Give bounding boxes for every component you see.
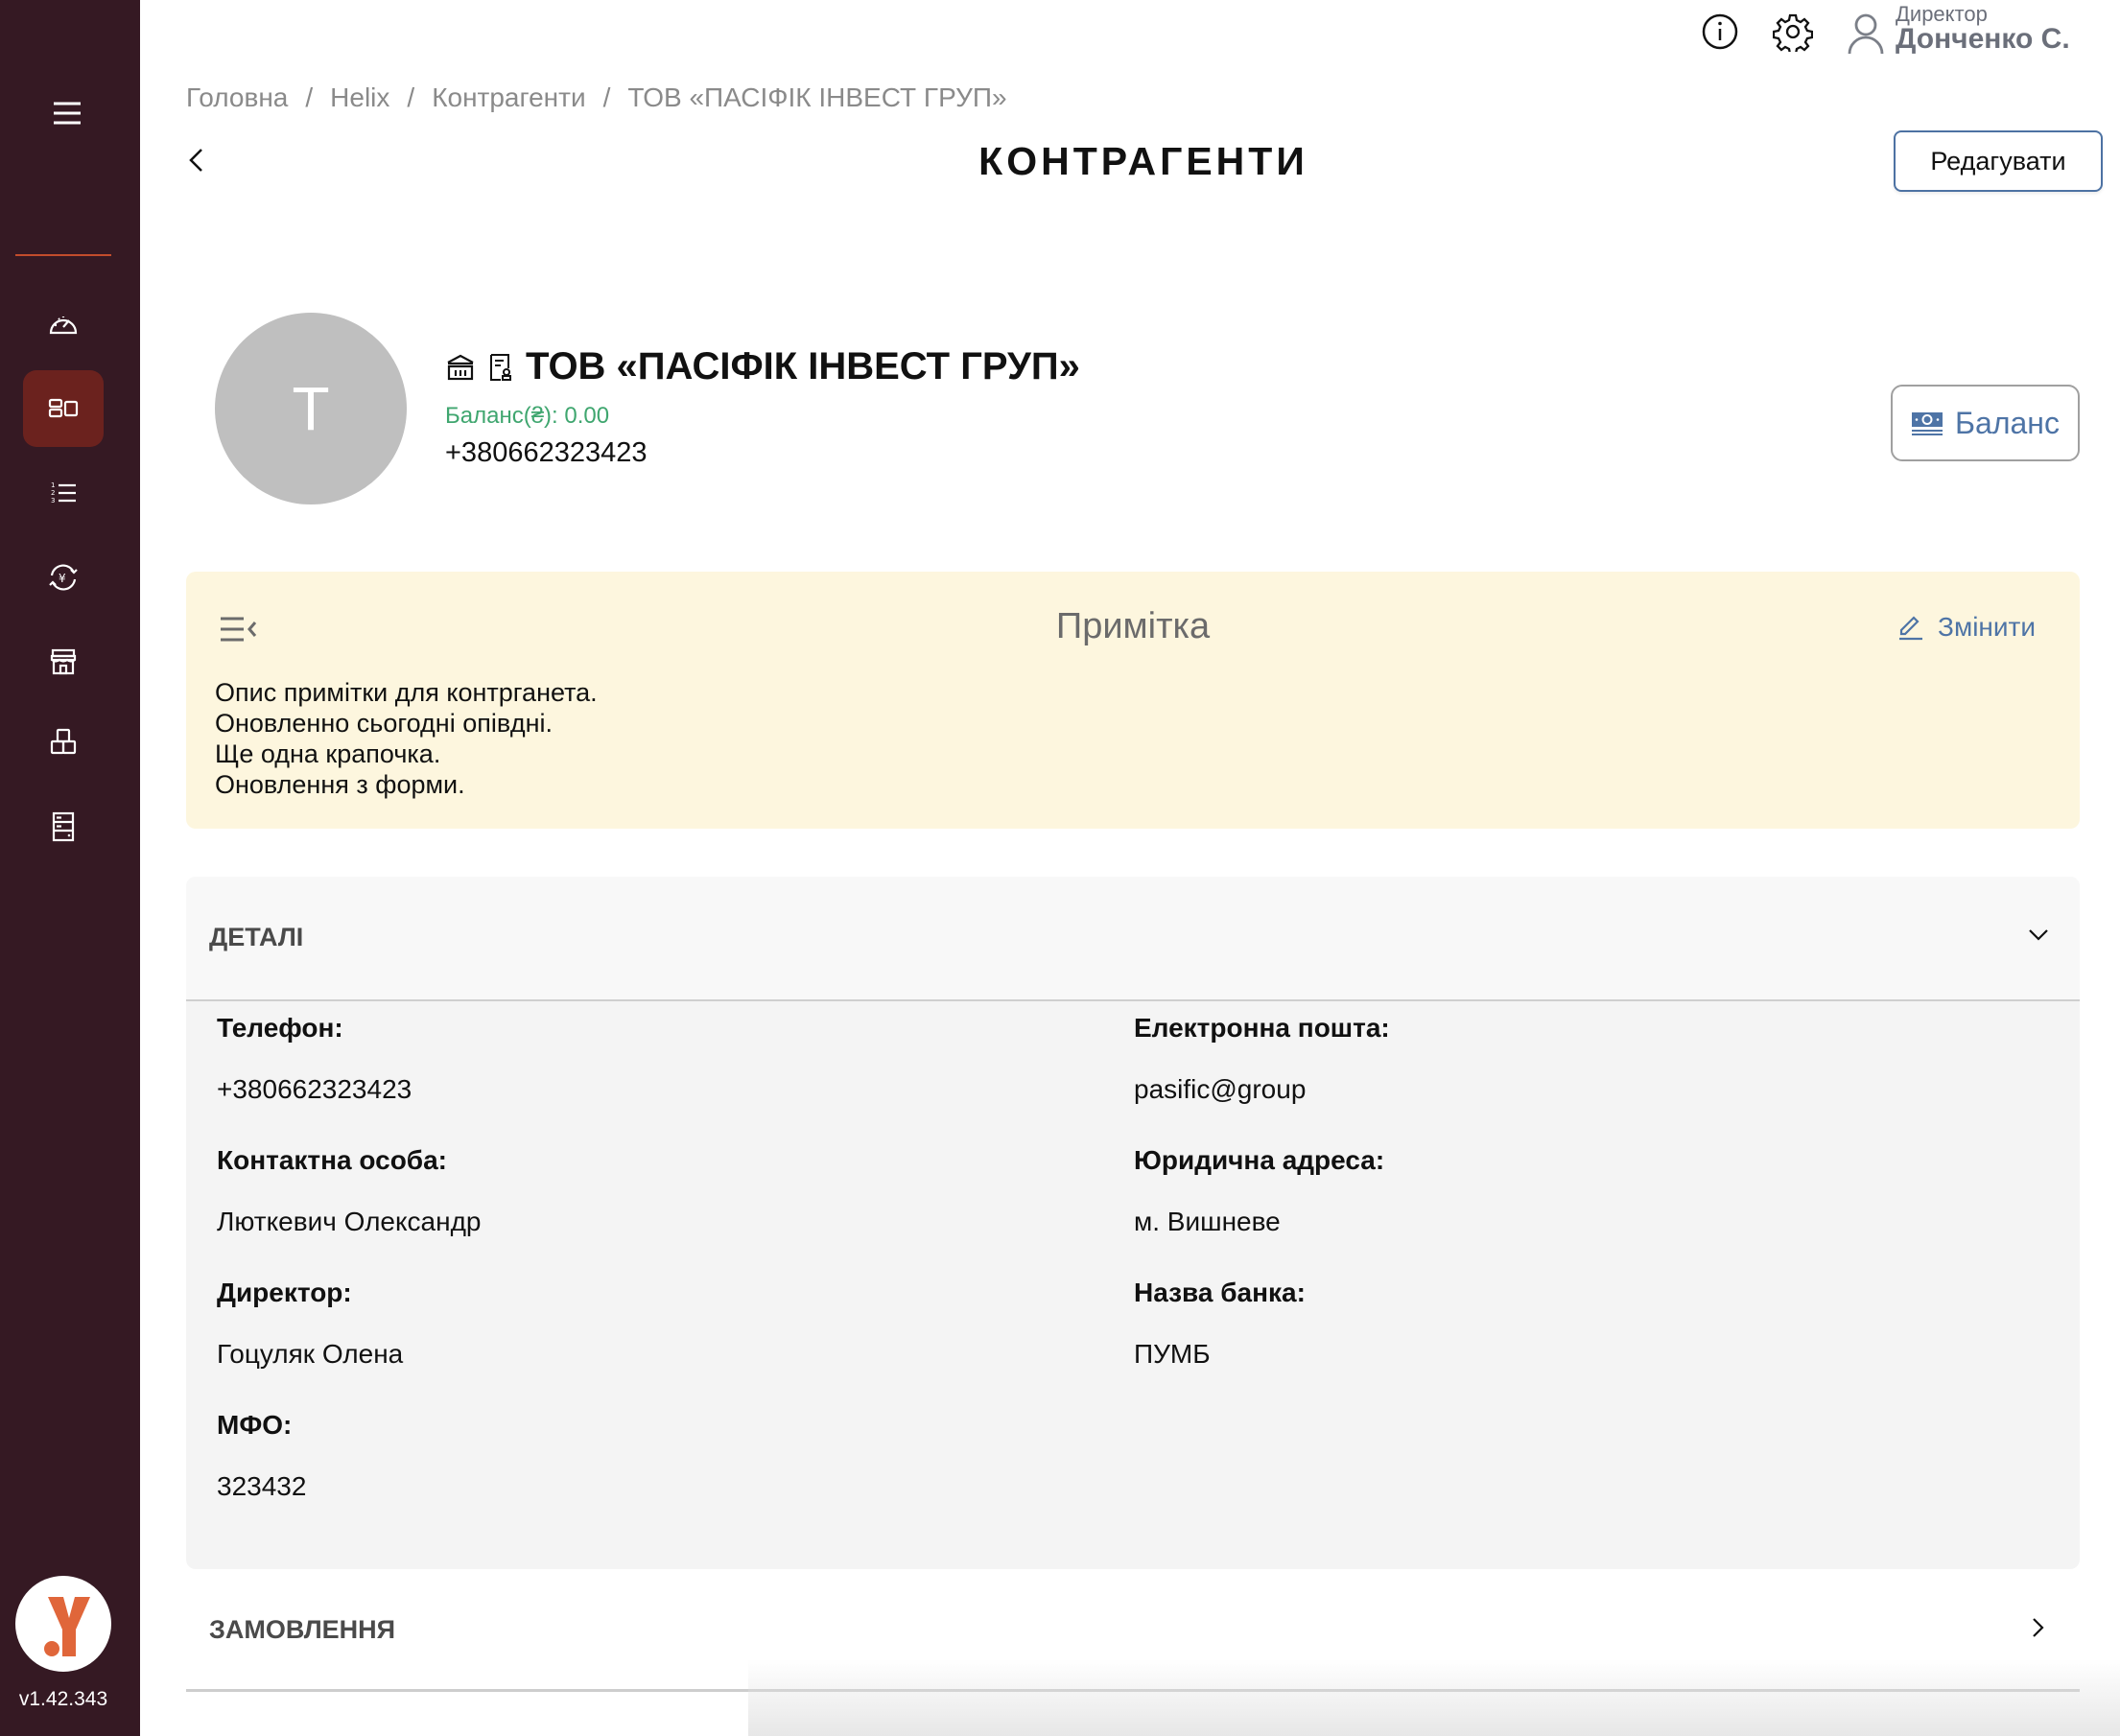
note-body: Опис примітки для контрганета. Оновленно… [215,677,598,800]
field-director: Директор: Гоцуляк Олена [217,1278,403,1370]
layout-blocks-icon [47,392,80,425]
app-version: v1.42.343 [0,1688,127,1711]
contract-icon [485,352,516,383]
breadcrumb-current: ТОВ «ПАСІФІК ІНВЕСТ ГРУП» [627,82,1006,112]
svg-text:1: 1 [51,481,55,489]
money-icon [1911,410,1943,436]
speedometer-icon [47,308,80,340]
field-email: Електронна пошта: pasific@group [1134,1013,1390,1105]
field-bank-name: Назва банка: ПУМБ [1134,1278,1306,1370]
note-title: Примітка [186,606,2080,647]
note-line: Ще одна крапочка. [215,739,598,769]
note-line: Оновленно сьогодні опівдні. [215,708,598,739]
avatar: Т [215,313,407,504]
page-title: КОНТРАГЕНТИ [0,139,2120,184]
breadcrumb-helix[interactable]: Helix [330,82,389,112]
details-toggle[interactable]: ДЕТАЛІ [186,877,2080,1001]
note-line: Опис примітки для контрганета. [215,677,598,708]
hamburger-icon[interactable] [48,96,86,130]
user-name: Донченко С. [1896,23,2070,56]
svg-text:3: 3 [51,497,55,504]
breadcrumb-home[interactable]: Головна [186,82,288,112]
file-cabinet-icon [47,810,80,843]
sidebar-divider [15,254,111,256]
orders-toggle[interactable]: ЗАМОВЛЕННЯ [186,1586,2080,1692]
field-mfo: МФО: 323432 [217,1410,306,1502]
app-logo[interactable] [15,1576,111,1672]
sidebar: 123 ¥ v1.42.343 [0,0,140,1736]
sidebar-item-cabinet[interactable] [23,788,104,865]
company-header: ТОВ «ПАСІФІК ІНВЕСТ ГРУП» [445,345,1080,388]
info-icon[interactable] [1700,12,1740,52]
balance-button-label: Баланс [1955,406,2060,441]
sidebar-item-counterparties[interactable] [23,370,104,447]
user-menu[interactable]: Директор Донченко С. [1846,2,1886,56]
field-legal-address: Юридична адреса: м. Вишневе [1134,1145,1384,1237]
chevron-right-icon [2028,1613,2049,1642]
sidebar-item-store[interactable] [23,623,104,700]
sidebar-item-exchange[interactable]: ¥ [23,539,104,616]
breadcrumb-counterparties[interactable]: Контрагенти [432,82,585,112]
pencil-icon [1897,614,1924,641]
orders-title: ЗАМОВЛЕННЯ [209,1615,395,1645]
details-section: ДЕТАЛІ Телефон: +380662323423 Електронна… [186,877,2080,1569]
numbered-list-icon: 123 [47,477,80,509]
note-change-button[interactable]: Змінити [1897,612,2036,643]
note-card: Примітка Змінити Опис примітки для контр… [186,572,2080,829]
gear-icon[interactable] [1773,12,1813,52]
sidebar-item-dashboard[interactable] [23,286,104,363]
user-icon [1846,12,1886,56]
boxes-icon [47,726,80,759]
chevron-down-icon [2026,923,2051,948]
note-line: Оновлення з форми. [215,769,598,800]
svg-text:¥: ¥ [59,572,66,585]
field-phone: Телефон: +380662323423 [217,1013,412,1105]
storefront-icon [47,645,80,678]
sidebar-item-lists[interactable]: 123 [23,455,104,531]
field-contact: Контактна особа: Люткевич Олександр [217,1145,482,1237]
balance-button[interactable]: Баланс [1891,385,2080,461]
bank-icon [445,352,476,383]
phone-text: +380662323423 [445,437,647,469]
currency-exchange-icon: ¥ [47,561,80,594]
svg-text:2: 2 [51,489,55,497]
details-title: ДЕТАЛІ [209,923,303,952]
balance-text: Баланс(₴): 0.00 [445,403,609,430]
edit-button[interactable]: Редагувати [1894,130,2103,192]
breadcrumb: Головна/Helix/Контрагенти/ТОВ «ПАСІФІК І… [186,82,1007,113]
sidebar-item-inventory[interactable] [23,704,104,781]
company-name: ТОВ «ПАСІФІК ІНВЕСТ ГРУП» [526,345,1080,388]
